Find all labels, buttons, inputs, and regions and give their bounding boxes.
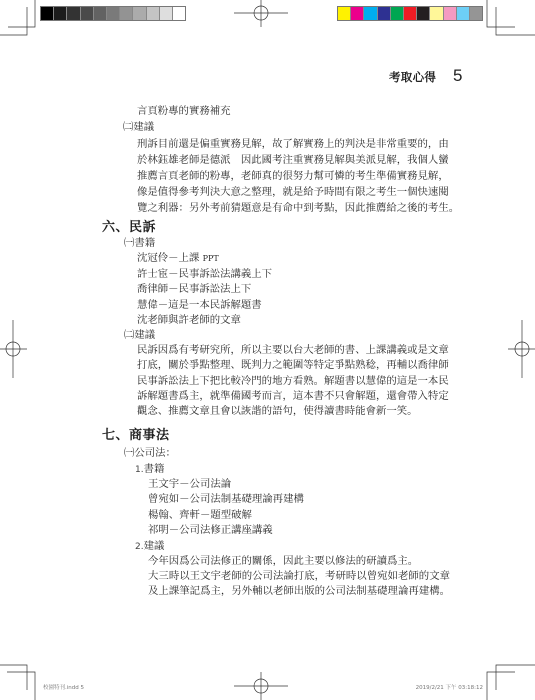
list-item: 喬律師－民事訴訟法上下: [137, 281, 251, 297]
crop-mark-bottom-left-icon: [0, 665, 35, 700]
section-heading-commercial-law: 七、商事法: [102, 427, 170, 445]
gray-swatch: [120, 7, 133, 20]
numbered-label-text: 建議: [144, 540, 165, 552]
list-item: 沈老師與許老師的文章: [137, 312, 241, 328]
numbered-label-text: 書籍: [144, 463, 165, 475]
paragraph-line: 民事訴訟法上下把比較冷門的地方看熟。解題書以慧偉的這是一本民: [137, 373, 447, 389]
list-item: 曾宛如－公司法制基礎理論再建構: [148, 491, 304, 507]
paragraph-line: 今年因爲公司法修正的關係，因此主要以修法的研讀爲主。: [148, 553, 418, 569]
paragraph-line: 民訴因爲有考研究所，所以主要以台大老師的書、上課講義或是文章: [137, 342, 447, 358]
paragraph-line: 訴解題書爲主，就準備國考而言，這本書不只會解題，還會帶入特定: [137, 388, 447, 404]
list-item-suffix: PPT: [203, 254, 219, 263]
gray-swatch: [107, 7, 120, 20]
item-number: 2.: [135, 542, 144, 552]
gray-swatch: [160, 7, 173, 20]
gray-swatch: [94, 7, 107, 20]
subsection-label: ㈡建議: [123, 119, 154, 135]
color-swatch: [417, 7, 430, 20]
color-swatch: [364, 7, 377, 20]
file-slug: 校園特刊.indd 5: [43, 684, 84, 693]
color-swatch: [430, 7, 443, 20]
color-swatch: [378, 7, 391, 20]
paragraph-line: 於林鈺雄老師是德派 因此國考注重實務見解與美派見解，我個人蠻: [137, 152, 447, 168]
page-number: 5: [453, 66, 462, 86]
crop-mark-top-left-icon: [0, 0, 35, 35]
registration-mark-bottom-icon: [234, 672, 288, 700]
numbered-label: 2.建議: [135, 538, 164, 554]
crop-mark-top-right-icon: [487, 0, 535, 35]
color-swatch: [338, 7, 351, 20]
color-swatch: [404, 7, 417, 20]
color-swatch: [470, 7, 482, 20]
carryover-line: 言頁粉專的實務補充: [137, 103, 231, 119]
gray-swatch: [147, 7, 160, 20]
gray-swatch: [67, 7, 80, 20]
paragraph-line: 打底，關於爭點整理、既判力之範圍等特定爭點熟稔，再輔以喬律師: [137, 357, 447, 373]
gray-swatch: [133, 7, 146, 20]
paragraph-line: 及上課筆記爲主，另外輔以老師出版的公司法制基礎理論再建構。: [148, 583, 450, 599]
gray-swatch: [173, 7, 185, 20]
paragraph-line: 刑訴目前還是偏重實務見解，故了解實務上的判決是非常重要的，由: [137, 136, 447, 152]
color-calibration-bar: [337, 6, 483, 21]
item-number: 1.: [135, 465, 144, 475]
numbered-label: 1.書籍: [135, 461, 164, 477]
paragraph-line: 像是值得參考判決大意之整理，就是給予時間有限之考生一個快速閱: [137, 184, 447, 200]
print-timestamp: 2019/2/21 下午 03:18:12: [400, 684, 483, 693]
list-item: 王文宇－公司法論: [148, 476, 231, 492]
list-item: 許士宦－民事訴訟法講義上下: [137, 266, 272, 282]
color-swatch: [444, 7, 457, 20]
gray-swatch: [81, 7, 94, 20]
running-header-title: 考取心得: [389, 69, 436, 85]
list-item: 慧偉－這是一本民訴解題書: [137, 297, 262, 313]
subsection-label: ㈠公司法：: [124, 445, 176, 461]
color-swatch: [391, 7, 404, 20]
gray-swatch: [41, 7, 54, 20]
crop-mark-bottom-right-icon: [487, 665, 535, 700]
registration-mark-top-icon: [234, 0, 288, 27]
list-item: 楊翰、齊軒－題型破解: [148, 507, 252, 523]
paragraph-line: 觀念、推薦文章且會以詼諧的語句，使得讀書時能會新一笑。: [137, 403, 418, 419]
color-swatch: [351, 7, 364, 20]
registration-mark-right-icon: [508, 320, 535, 378]
subsection-label: ㈡建議: [124, 327, 155, 343]
list-item: 沈冠伶－上課 PPT: [137, 250, 219, 266]
grayscale-calibration-bar: [40, 6, 186, 21]
list-item: 祁明－公司法修正講座講義: [148, 522, 273, 538]
paragraph-line: 覽之利器：另外考前猜題意是有命中到考點，因此推薦給之後的考生。: [137, 200, 447, 216]
paragraph-line: 大三時以王文宇老師的公司法論打底，考研時以曾宛如老師的文章: [148, 568, 450, 584]
registration-mark-left-icon: [0, 320, 27, 378]
paragraph-line: 推薦言頁老師的粉專，老師真的很努力幫可憐的考生準備實務見解，: [137, 168, 447, 184]
subsection-label: ㈠書籍: [124, 235, 155, 251]
list-item-text: 沈冠伶－上課: [137, 252, 203, 264]
color-swatch: [457, 7, 470, 20]
gray-swatch: [54, 7, 67, 20]
